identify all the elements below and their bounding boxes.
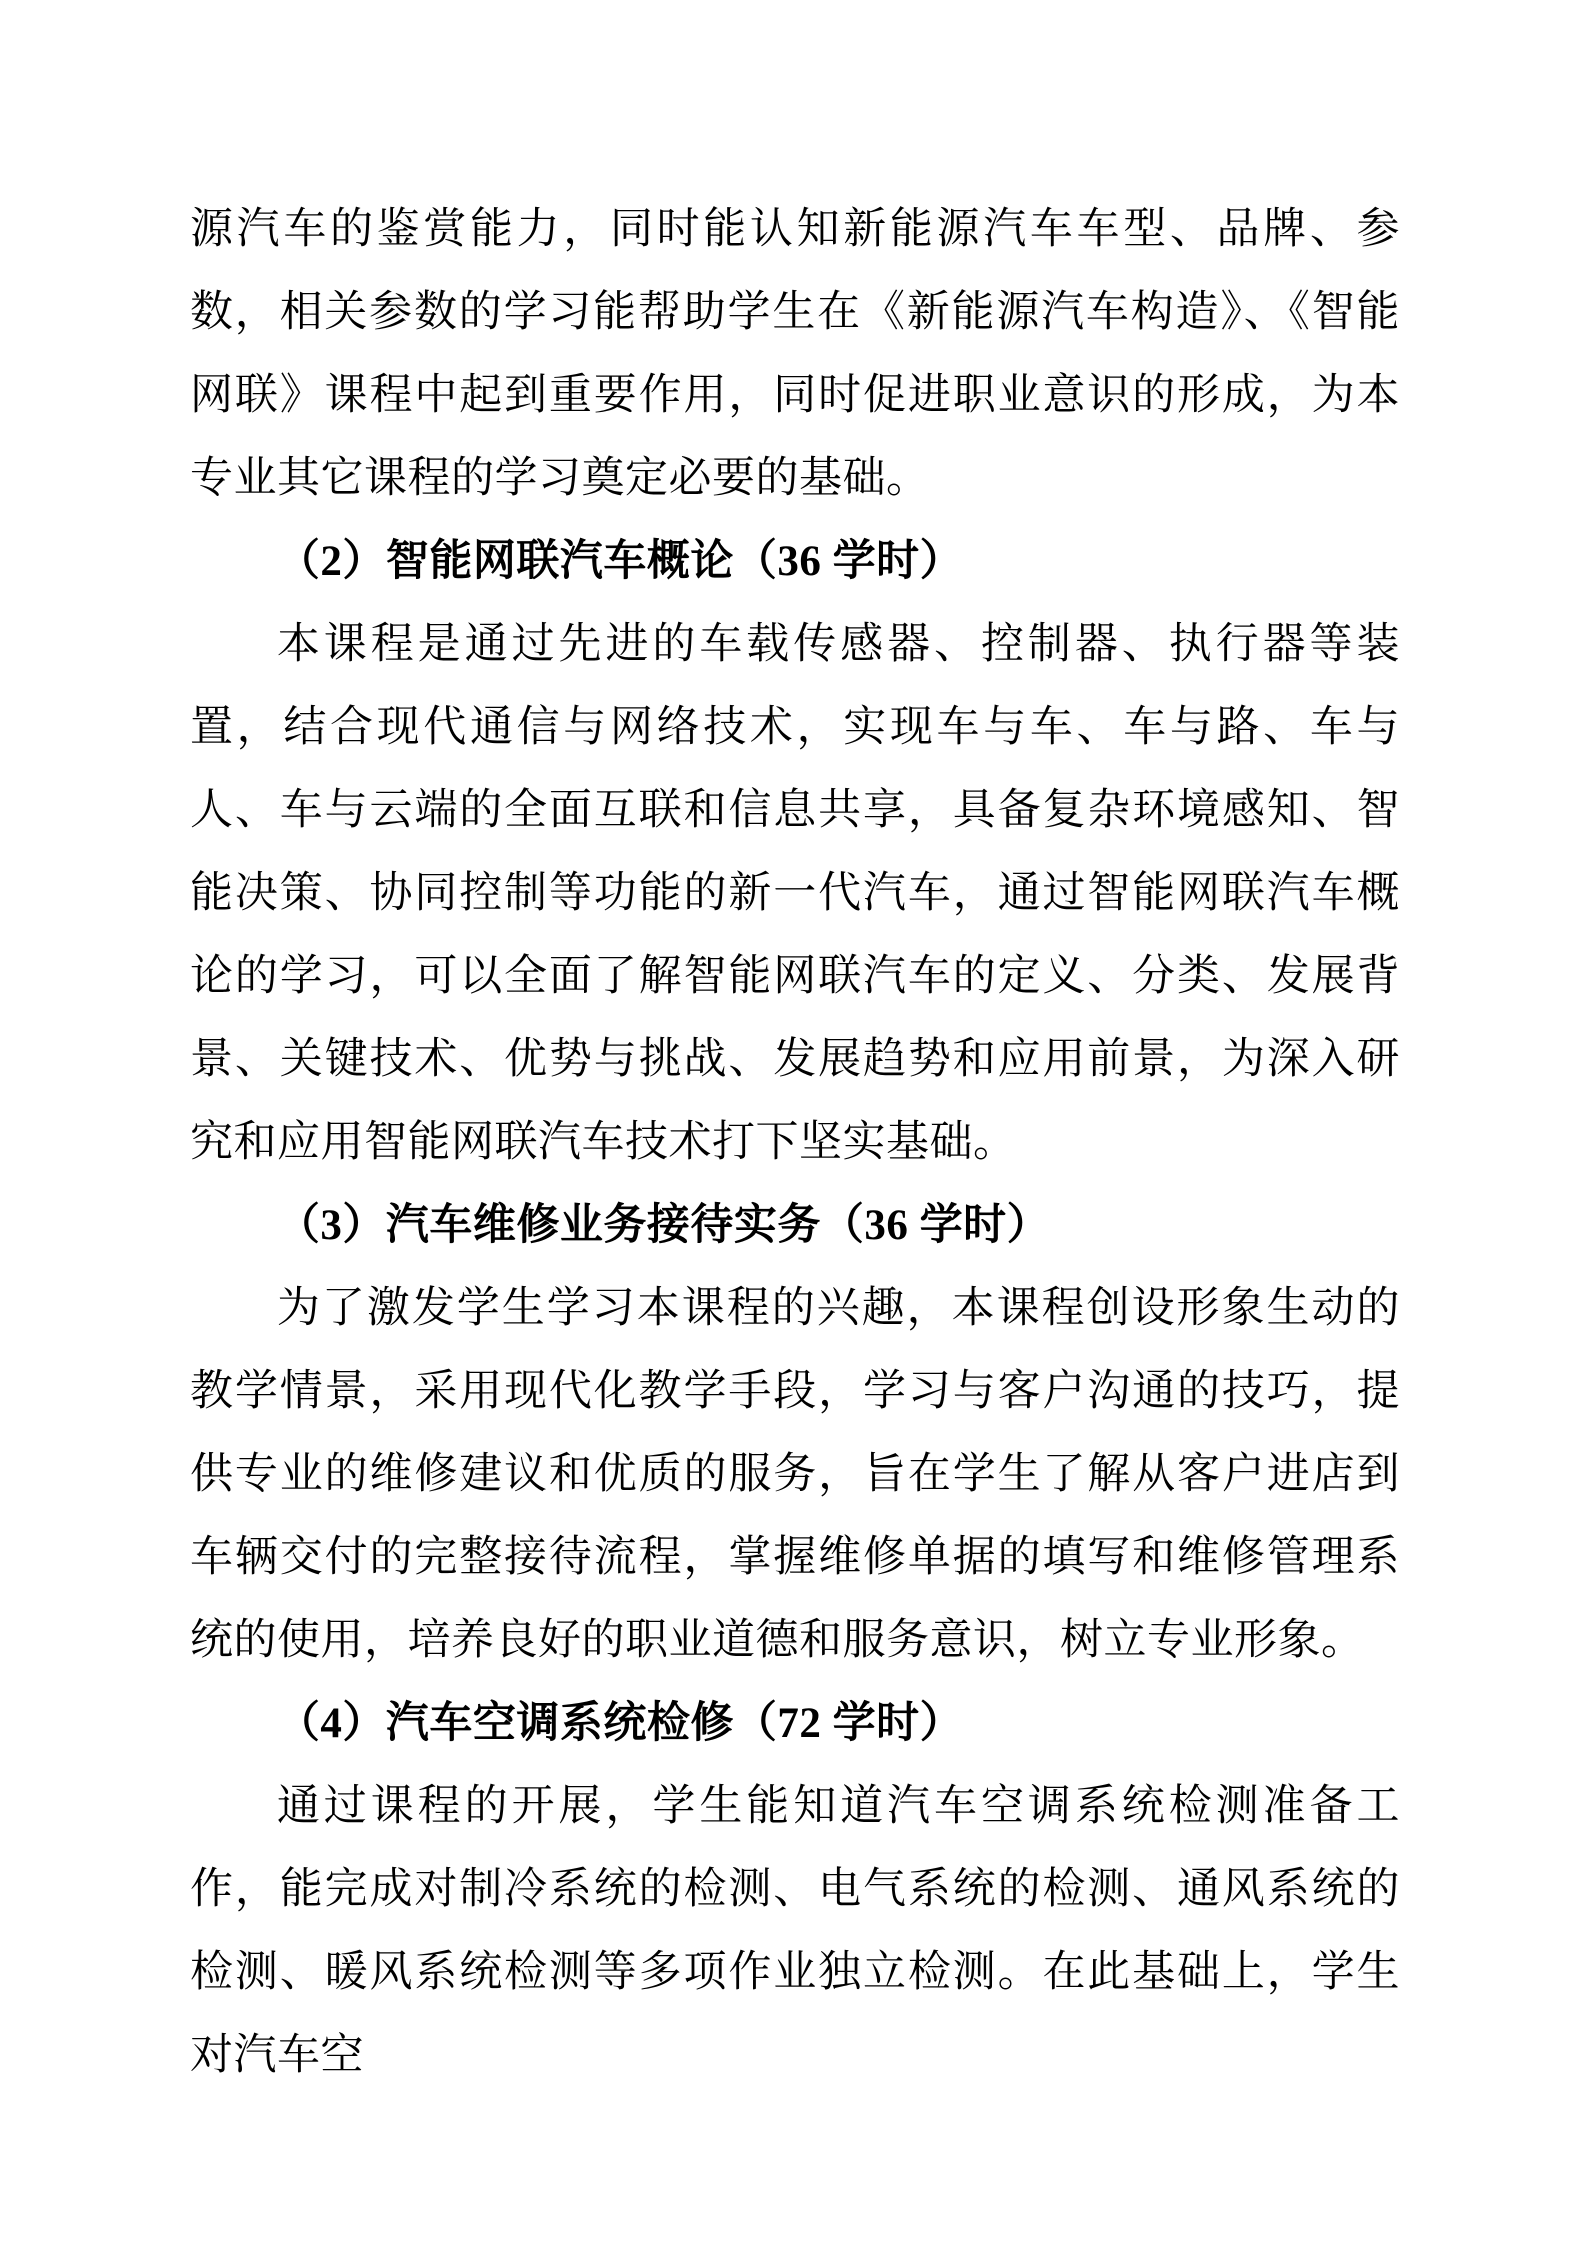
course-heading: （2）智能网联汽车概论（36 学时）	[190, 520, 1400, 603]
course-heading: （4）汽车空调系统检修（72 学时）	[190, 1682, 1400, 1765]
course-heading: （3）汽车维修业务接待实务（36 学时）	[190, 1184, 1400, 1267]
paragraph: 源汽车的鉴赏能力，同时能认知新能源汽车车型、品牌、参数，相关参数的学习能帮助学生…	[190, 188, 1400, 520]
paragraph: 本课程是通过先进的车载传感器、控制器、执行器等装置，结合现代通信与网络技术，实现…	[190, 603, 1400, 1184]
document-content: 源汽车的鉴赏能力，同时能认知新能源汽车车型、品牌、参数，相关参数的学习能帮助学生…	[190, 188, 1400, 2097]
document-page: 源汽车的鉴赏能力，同时能认知新能源汽车车型、品牌、参数，相关参数的学习能帮助学生…	[0, 0, 1587, 2245]
paragraph: 通过课程的开展，学生能知道汽车空调系统检测准备工作，能完成对制冷系统的检测、电气…	[190, 1765, 1400, 2097]
paragraph: 为了激发学生学习本课程的兴趣，本课程创设形象生动的教学情景，采用现代化教学手段，…	[190, 1267, 1400, 1682]
